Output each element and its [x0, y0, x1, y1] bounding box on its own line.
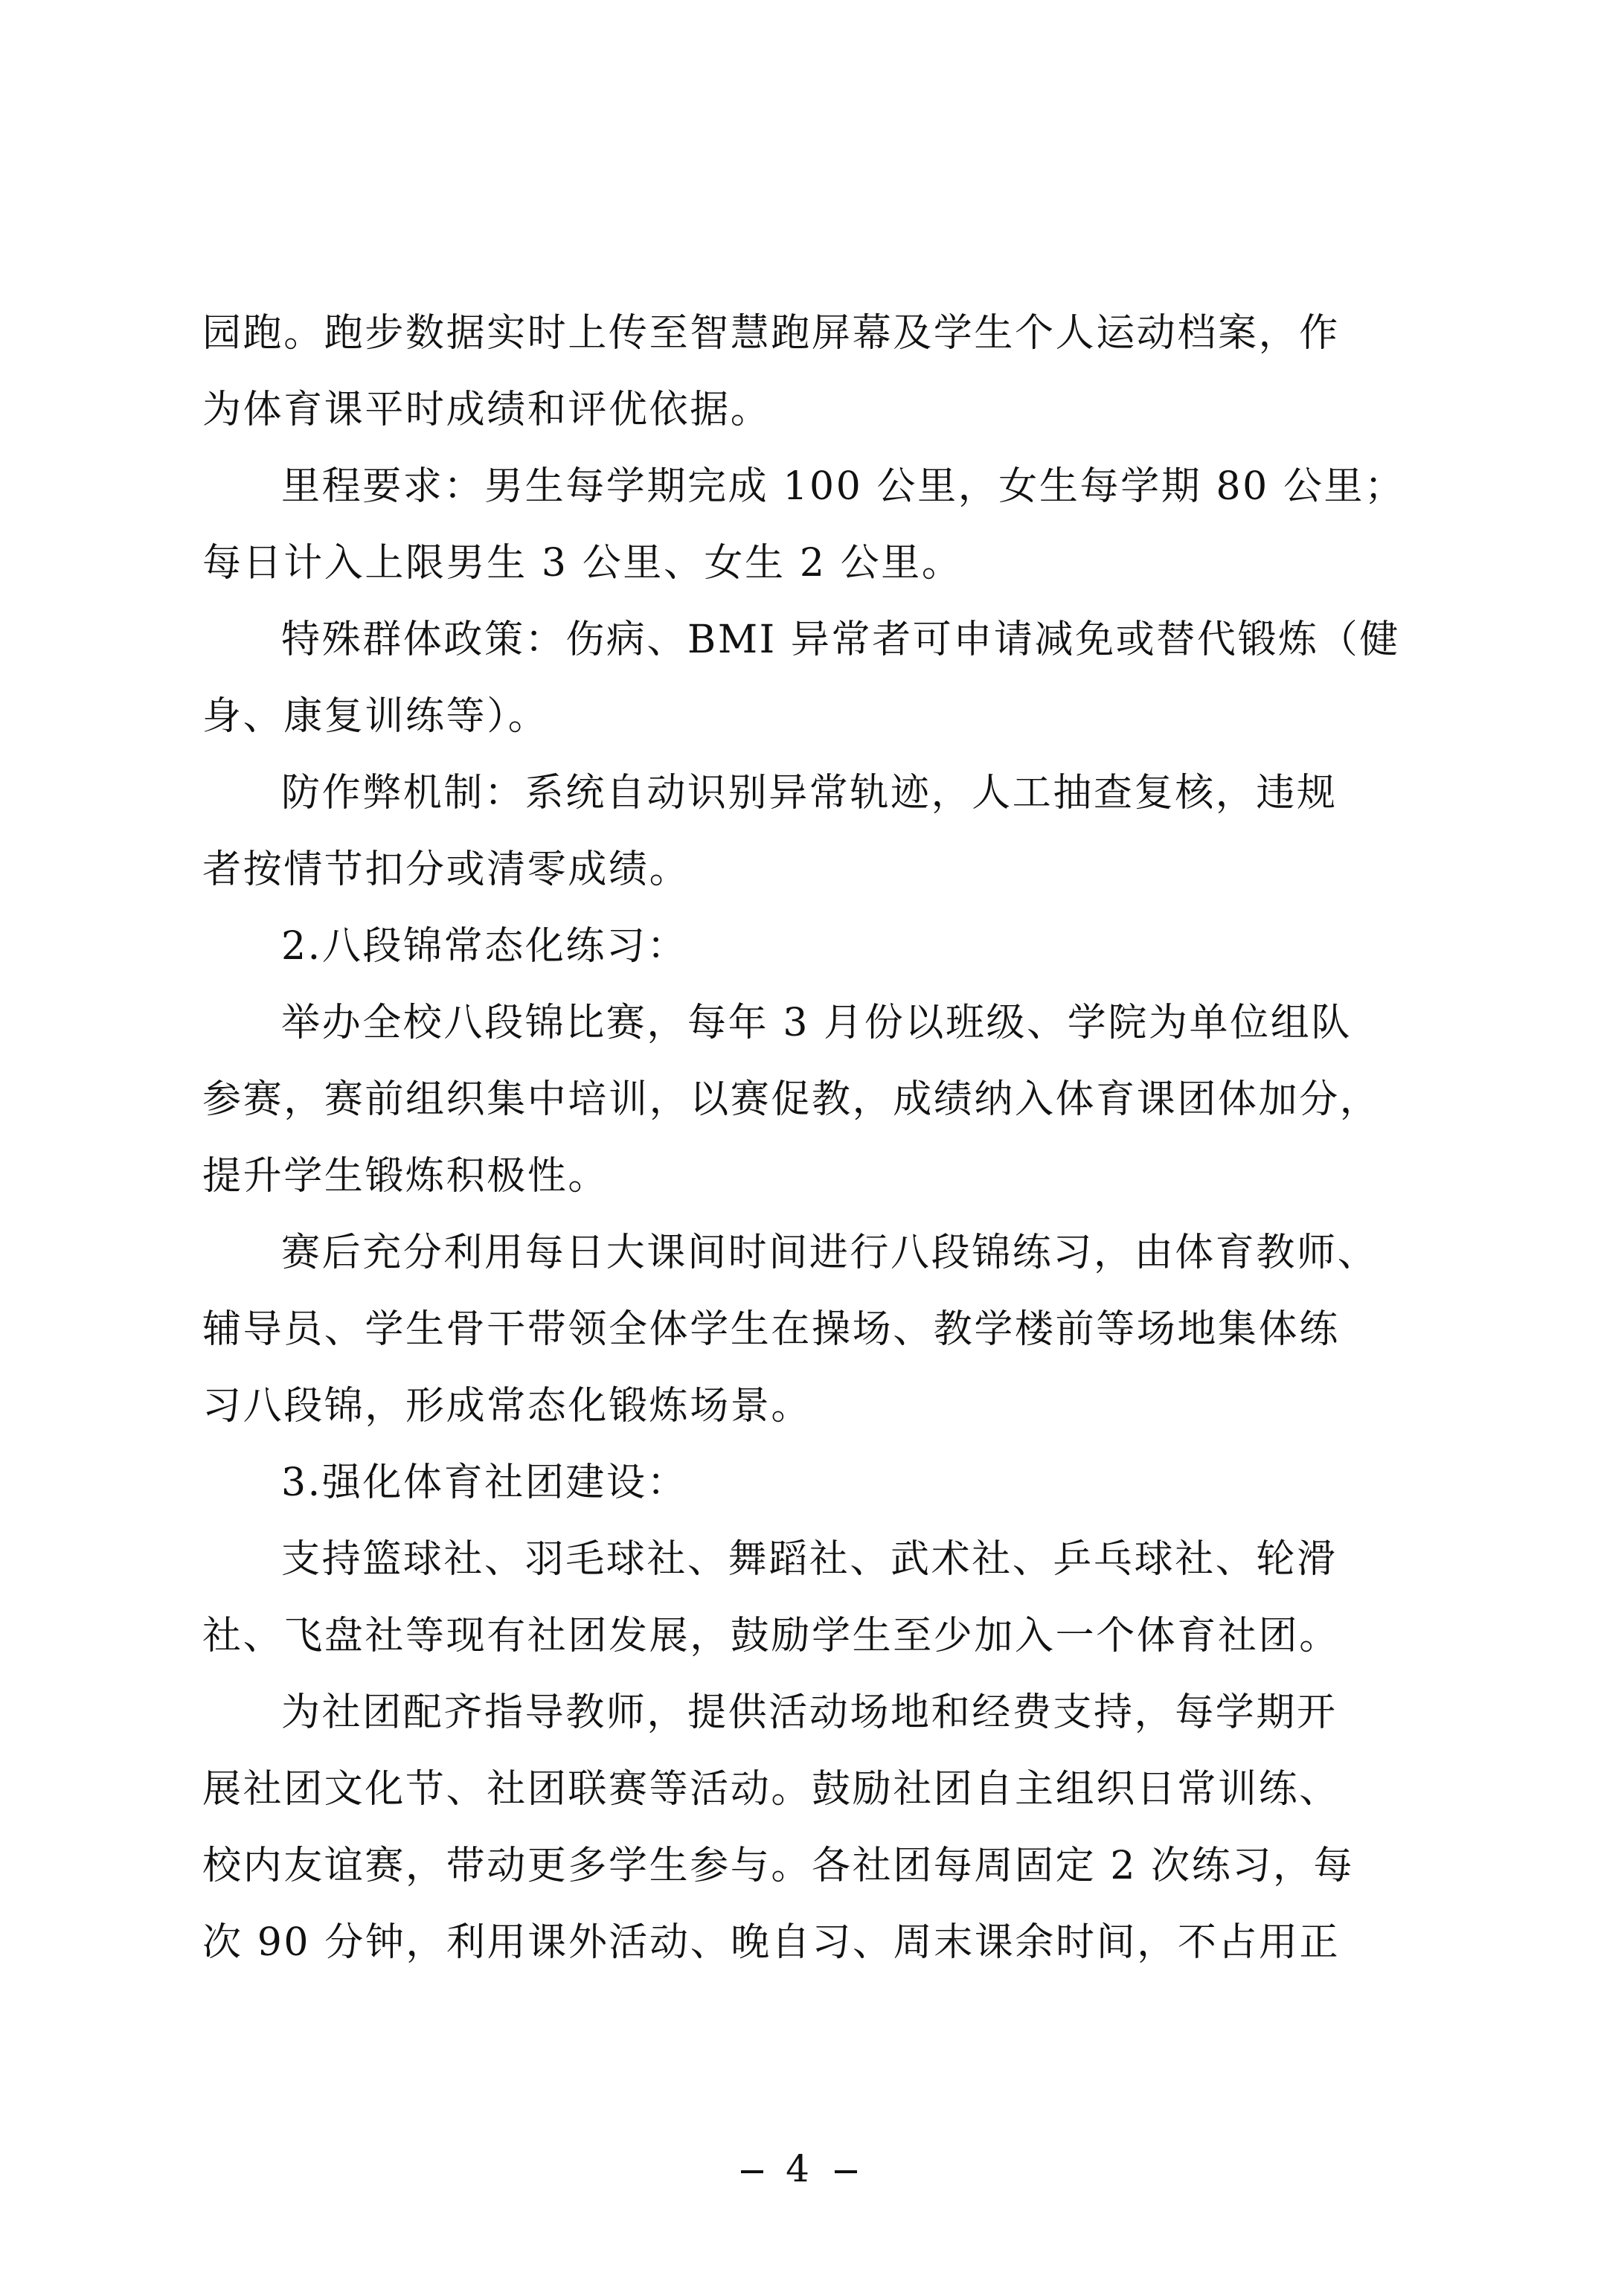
text-line: 参赛，赛前组织集中培训，以赛促教，成绩纳入体育课团体加分，: [202, 1077, 1422, 1154]
text-line: 园跑。跑步数据实时上传至智慧跑屏幕及学生个人运动档案，作: [202, 311, 1422, 388]
page-number: 4: [0, 2146, 1598, 2191]
body-text: 园跑。跑步数据实时上传至智慧跑屏幕及学生个人运动档案，作 为体育课平时成绩和评优…: [202, 311, 1422, 1997]
text-line: 每日计入上限男生 3 公里、女生 2 公里。: [202, 541, 1422, 618]
text-line: 提升学生锻炼积极性。: [202, 1154, 1422, 1231]
section-heading-3: 3.强化体育社团建设：: [202, 1460, 1422, 1537]
text-line: 身、康复训练等）。: [202, 694, 1422, 771]
text-line: 者按情节扣分或清零成绩。: [202, 847, 1422, 924]
text-line: 特殊群体政策：伤病、BMI 异常者可申请减免或替代锻炼（健: [202, 618, 1422, 694]
text-line: 次 90 分钟，利用课外活动、晚自习、周末课余时间，不占用正: [202, 1920, 1422, 1997]
text-line: 辅导员、学生骨干带领全体学生在操场、教学楼前等场地集体练: [202, 1307, 1422, 1384]
dash-right: [835, 2170, 857, 2173]
text-line: 举办全校八段锦比赛，每年 3 月份以班级、学院为单位组队: [202, 1001, 1422, 1077]
text-line: 为社团配齐指导教师，提供活动场地和经费支持，每学期开: [202, 1690, 1422, 1767]
text-line: 展社团文化节、社团联赛等活动。鼓励社团自主组织日常训练、: [202, 1767, 1422, 1844]
text-line: 赛后充分利用每日大课间时间进行八段锦练习，由体育教师、: [202, 1231, 1422, 1307]
section-heading-2: 2.八段锦常态化练习：: [202, 924, 1422, 1001]
dash-left: [741, 2170, 763, 2173]
page-number-value: 4: [786, 2147, 812, 2190]
text-line: 社、飞盘社等现有社团发展，鼓励学生至少加入一个体育社团。: [202, 1614, 1422, 1690]
text-line: 里程要求：男生每学期完成 100 公里，女生每学期 80 公里；: [202, 464, 1422, 541]
text-line: 习八段锦，形成常态化锻炼场景。: [202, 1384, 1422, 1460]
text-line: 为体育课平时成绩和评优依据。: [202, 388, 1422, 464]
text-line: 校内友谊赛，带动更多学生参与。各社团每周固定 2 次练习，每: [202, 1844, 1422, 1920]
text-line: 支持篮球社、羽毛球社、舞蹈社、武术社、乒乓球社、轮滑: [202, 1537, 1422, 1614]
document-page: 园跑。跑步数据实时上传至智慧跑屏幕及学生个人运动档案，作 为体育课平时成绩和评优…: [0, 0, 1598, 2296]
text-line: 防作弊机制：系统自动识别异常轨迹，人工抽查复核，违规: [202, 771, 1422, 847]
